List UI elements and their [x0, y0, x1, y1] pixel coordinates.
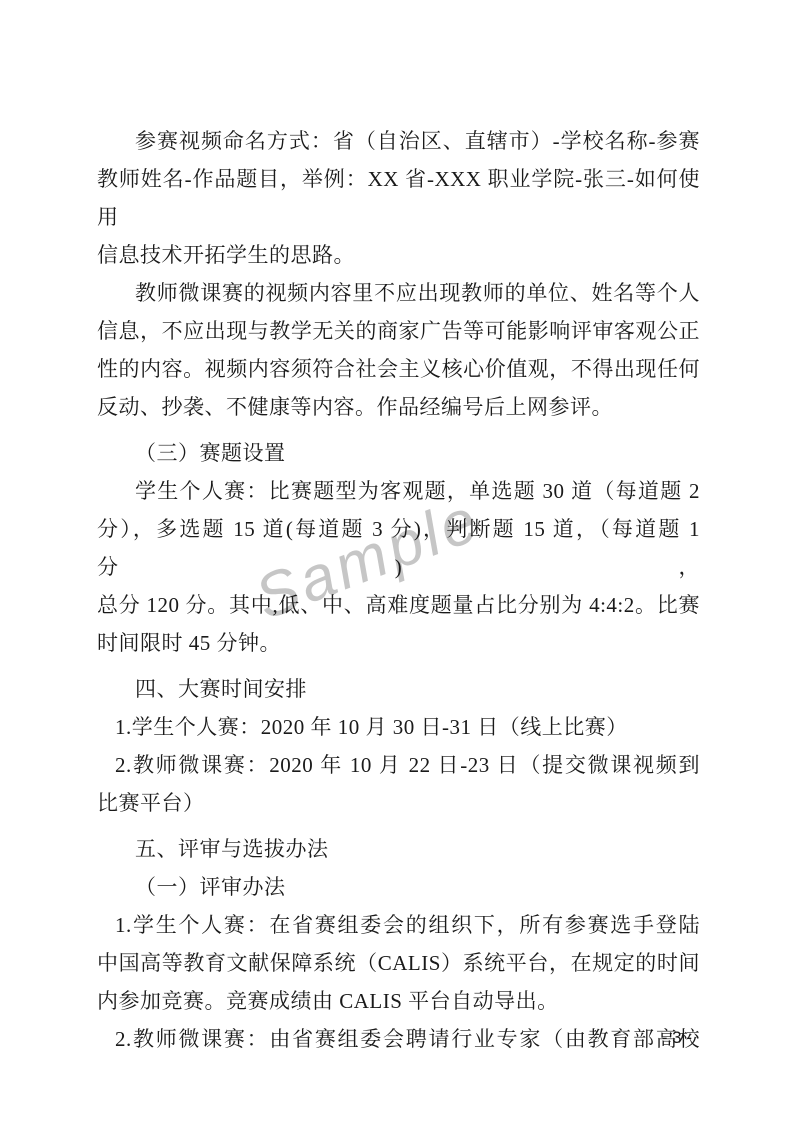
- text-line: 性的内容。视频内容须符合社会主义核心价值观，不得出现任何: [97, 350, 700, 388]
- text-line: 学生个人赛：比赛题型为客观题，单选题 30 道（每道题 2: [97, 472, 700, 510]
- page-number: - 3 -: [97, 1028, 700, 1048]
- text-line: 信息，不应出现与教学无关的商家广告等可能影响评审客观公正: [97, 312, 700, 350]
- text-line: 信息技术开拓学生的思路。: [97, 236, 700, 274]
- text-line: 比赛平台）: [97, 784, 700, 822]
- document-body: 参赛视频命名方式：省（自治区、直辖市）-学校名称-参赛教师姓名-作品题目，举例：…: [97, 122, 700, 1058]
- text-line: 总分 120 分。其中,低、中、高难度题量占比分别为 4:4:2。比赛: [97, 586, 700, 624]
- text-line: 2.教师微课赛：2020 年 10 月 22 日-23 日（提交微课视频到: [97, 746, 700, 784]
- text-line: 参赛视频命名方式：省（自治区、直辖市）-学校名称-参赛: [97, 122, 700, 160]
- text-line: 分），多选题 15 道(每道题 3 分)，判断题 15 道，（每道题 1 分)，: [97, 510, 700, 586]
- document-page: Sample 参赛视频命名方式：省（自治区、直辖市）-学校名称-参赛教师姓名-作…: [0, 0, 794, 1122]
- text-line: 教师姓名-作品题目，举例：XX 省-XXX 职业学院-张三-如何使用: [97, 160, 700, 236]
- heading-line: 五、评审与选拔办法: [97, 830, 700, 868]
- text-line: 1.学生个人赛：在省赛组委会的组织下，所有参赛选手登陆: [97, 906, 700, 944]
- text-line: 1.学生个人赛：2020 年 10 月 30 日-31 日（线上比赛）: [97, 708, 700, 746]
- text-line: 中国高等教育文献保障系统（CALIS）系统平台，在规定的时间: [97, 944, 700, 982]
- text-line: （一）评审办法: [97, 868, 700, 906]
- heading-line: （三）赛题设置: [97, 434, 700, 472]
- text-line: 教师微课赛的视频内容里不应出现教师的单位、姓名等个人: [97, 274, 700, 312]
- text-line: 反动、抄袭、不健康等内容。作品经编号后上网参评。: [97, 388, 700, 426]
- text-line: 时间限时 45 分钟。: [97, 624, 700, 662]
- text-line: 内参加竞赛。竞赛成绩由 CALIS 平台自动导出。: [97, 982, 700, 1020]
- heading-line: 四、大赛时间安排: [97, 670, 700, 708]
